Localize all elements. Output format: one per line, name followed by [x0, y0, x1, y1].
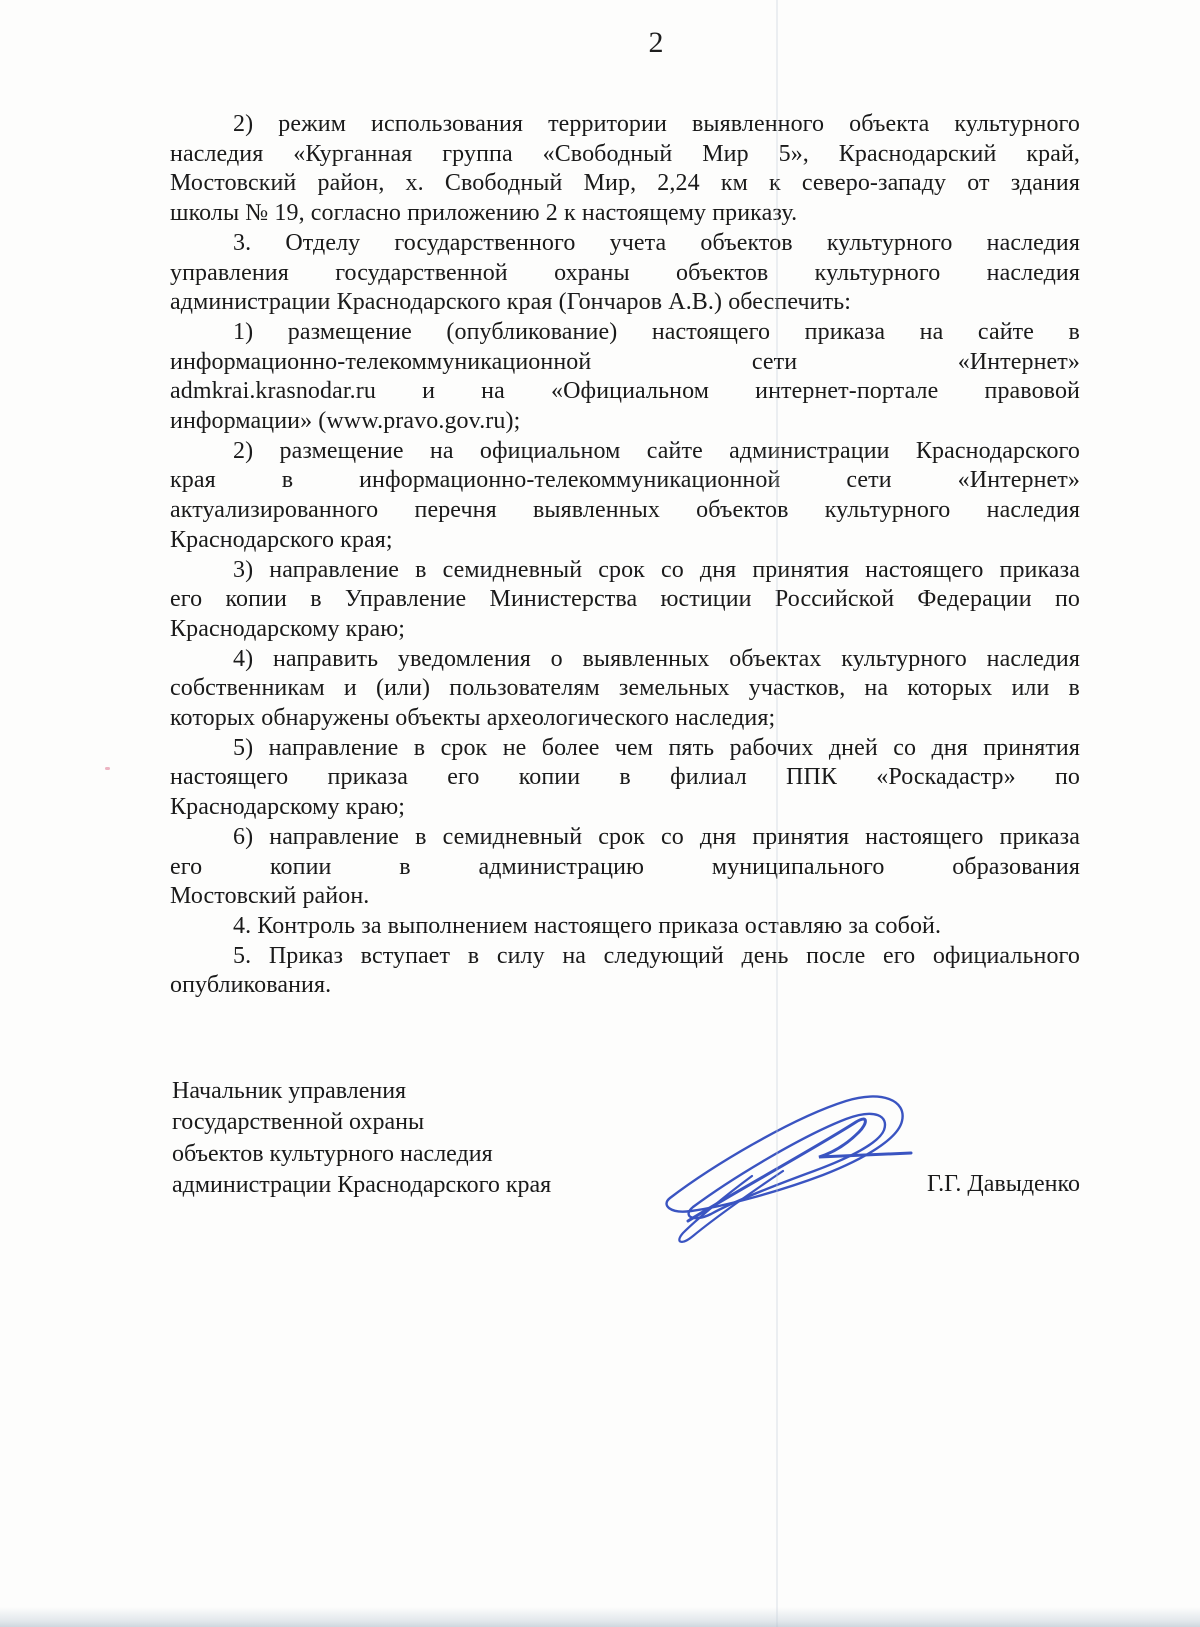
text-line: Краснодарского края; — [170, 526, 1080, 556]
paragraph: 4) направить уведомления о выявленных об… — [170, 645, 1080, 734]
signature-title-line: объектов культурного наследия — [172, 1139, 692, 1170]
text-line: Мостовский район, х. Свободный Мир, 2,24… — [170, 169, 1080, 199]
signer-name: Г.Г. Давыденко — [927, 1171, 1080, 1198]
paragraph: 4. Контроль за выполнением настоящего пр… — [170, 912, 1080, 942]
text-line: школы № 19, согласно приложению 2 к наст… — [170, 199, 1080, 229]
paragraph: 2) режим использования территории выявле… — [170, 110, 1080, 229]
text-line: 2) размещение на официальном сайте админ… — [170, 437, 1080, 467]
text-line: 3) направление в семидневный срок со дня… — [170, 556, 1080, 586]
text-line: его копии в Управление Министерства юсти… — [170, 585, 1080, 615]
text-line: 4. Контроль за выполнением настоящего пр… — [170, 912, 1080, 942]
paragraph: 6) направление в семидневный срок со дня… — [170, 823, 1080, 912]
text-line: Мостовский район. — [170, 882, 1080, 912]
signature-block: Начальник управлениягосударственной охра… — [172, 1076, 692, 1202]
text-line: края в информационно-телекоммуникационно… — [170, 466, 1080, 496]
text-line: 5. Приказ вступает в силу на следующий д… — [170, 942, 1080, 972]
paragraph: 2) размещение на официальном сайте админ… — [170, 437, 1080, 556]
text-line: настоящего приказа его копии в филиал ПП… — [170, 763, 1080, 793]
text-line: 6) направление в семидневный срок со дня… — [170, 823, 1080, 853]
text-line: актуализированного перечня выявленных об… — [170, 496, 1080, 526]
document-body: 2) режим использования территории выявле… — [170, 110, 1080, 1001]
text-line: его копии в администрацию муниципального… — [170, 853, 1080, 883]
text-line: которых обнаружены объекты археологическ… — [170, 704, 1080, 734]
text-line: управления государственной охраны объект… — [170, 259, 1080, 289]
scan-artifact-speck — [105, 767, 110, 770]
paragraph: 1) размещение (опубликование) настоящего… — [170, 318, 1080, 437]
paragraph: 3) направление в семидневный срок со дня… — [170, 556, 1080, 645]
paragraph: 3. Отделу государственного учета объекто… — [170, 229, 1080, 318]
signature-title-line: администрации Краснодарского края — [172, 1170, 692, 1201]
paragraph: 5) направление в срок не более чем пять … — [170, 734, 1080, 823]
text-line: информационно-телекоммуникационной сети … — [170, 348, 1080, 378]
text-line: 3. Отделу государственного учета объекто… — [170, 229, 1080, 259]
signature-title-line: Начальник управления — [172, 1076, 692, 1107]
text-line: 4) направить уведомления о выявленных об… — [170, 645, 1080, 675]
page-number: 2 — [606, 26, 706, 60]
text-line: опубликования. — [170, 971, 1080, 1001]
signature-title-line: государственной охраны — [172, 1107, 692, 1138]
text-line: 1) размещение (опубликование) настоящего… — [170, 318, 1080, 348]
text-line: Краснодарскому краю; — [170, 793, 1080, 823]
text-line: Краснодарскому краю; — [170, 615, 1080, 645]
scan-artifact-bottom-edge — [0, 1607, 1200, 1627]
text-line: наследия «Курганная группа «Свободный Ми… — [170, 140, 1080, 170]
text-line: admkrai.krasnodar.ru и на «Официальном и… — [170, 377, 1080, 407]
text-line: 2) режим использования территории выявле… — [170, 110, 1080, 140]
text-line: администрации Краснодарского края (Гонча… — [170, 288, 1080, 318]
document-page: 2 2) режим использования территории выяв… — [0, 0, 1200, 1627]
paragraph: 5. Приказ вступает в силу на следующий д… — [170, 942, 1080, 1001]
handwritten-signature-icon — [630, 1090, 920, 1248]
text-line: информации» (www.pravo.gov.ru); — [170, 407, 1080, 437]
text-line: собственникам и (или) пользователям земе… — [170, 674, 1080, 704]
signature-titles: Начальник управлениягосударственной охра… — [172, 1076, 692, 1202]
text-line: 5) направление в срок не более чем пять … — [170, 734, 1080, 764]
